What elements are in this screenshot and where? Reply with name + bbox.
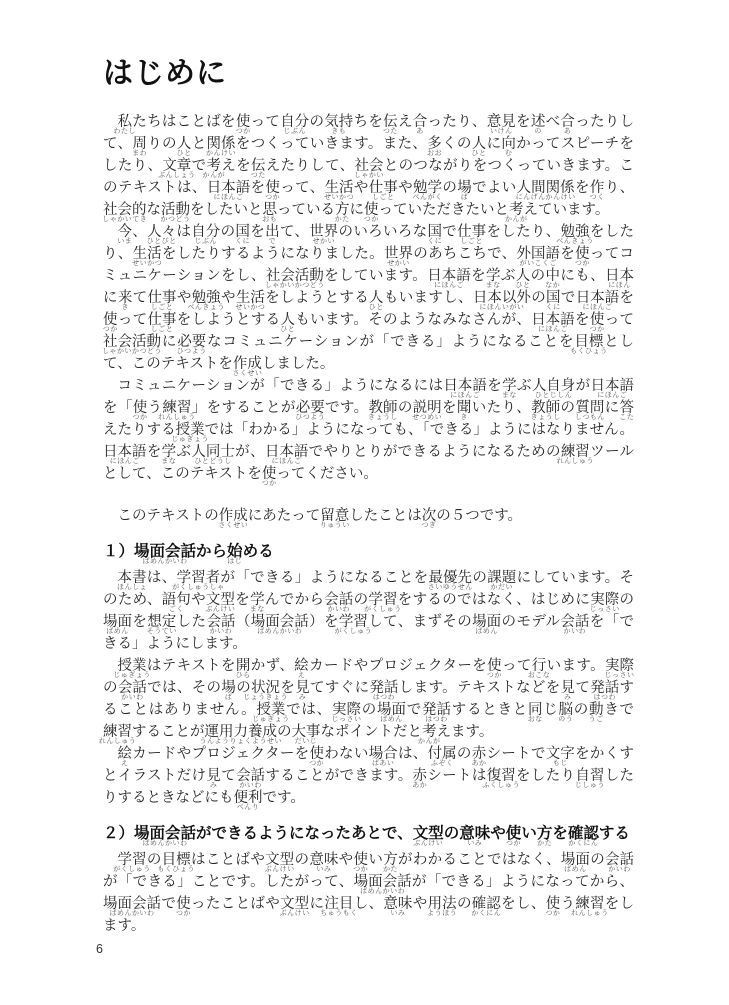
ruby-annotated-text: 発話はつわ (422, 699, 451, 721)
ruby-annotated-text: 見み (295, 677, 310, 699)
ruby-annotated-text: 意味いみ (383, 893, 412, 915)
ruby-annotated-text: 人々ひとびと (147, 221, 176, 243)
ruby-annotated-text: 学まな (502, 375, 517, 397)
ruby-annotated-text: 使つか (133, 397, 148, 419)
ruby-annotated-text: 必要ひつよう (177, 331, 206, 353)
ruby-annotated-text: 大事だいじ (292, 721, 321, 743)
ruby-annotated-text: 必要ひつよう (296, 397, 325, 419)
ruby-annotated-text: 文章ぶんしょう (162, 155, 191, 177)
ruby-annotated-text: 考かんが (509, 199, 524, 221)
ruby-annotated-text: 勉強べんきょう (192, 287, 221, 309)
ruby-annotated-text: 文型ぶんけい (413, 821, 444, 847)
ruby-annotated-text: 聞き (457, 397, 472, 419)
ruby-annotated-text: 場面ばめん (103, 611, 132, 633)
ruby-annotated-text: 日本にほん (605, 265, 634, 287)
ruby-annotated-text: 活動かつどう (161, 199, 190, 221)
ruby-annotated-text: 多おお (427, 133, 442, 155)
ruby-annotated-text: 意見いけん (487, 111, 516, 133)
ruby-annotated-text: 合あ (560, 111, 575, 133)
ruby-annotated-text: 見み (561, 677, 576, 699)
paragraph-lead: このテキストの作成さくせいにあたって留意りゅういしたことは次つぎの５つです。 (103, 505, 634, 527)
ruby-annotated-text: 来き (118, 287, 133, 309)
section-2-heading: ２）場面会話ばめんかいわができるようになったあとで、文型ぶんけいの意味いみや使つ… (103, 821, 634, 847)
ruby-annotated-text: 練習れんしゅう (103, 721, 132, 743)
ruby-annotated-text: 絵え (118, 743, 133, 765)
ruby-annotated-text: 方かた (537, 821, 553, 847)
ruby-annotated-text: 仕事しごと (369, 177, 398, 199)
page-number: 6 (96, 942, 103, 956)
ruby-annotated-text: 使つか (309, 743, 324, 765)
ruby-annotated-text: 方かた (335, 199, 350, 221)
section-1-paragraph-1: 本書ほんしょは、学習者がくしゅうしゃが「できる」ようになることを最優先さいゆうせ… (103, 567, 634, 655)
ruby-annotated-text: 場合ばあい (369, 743, 398, 765)
ruby-annotated-text: 語句ごく (162, 589, 191, 611)
ruby-annotated-text: 注目ちゅうもく (324, 893, 353, 915)
ruby-annotated-text: 世界せかい (384, 243, 413, 265)
ruby-annotated-text: 使つか (487, 655, 502, 677)
ruby-annotated-text: 確認かくにん (472, 893, 501, 915)
paragraph-1: 私わたしたちはことばを使つかって自分じぶんの気持きもちを伝つたえ合あったり、意見… (103, 111, 634, 221)
ruby-annotated-text: 意味いみ (309, 849, 338, 871)
ruby-annotated-text: 会話かいわ (605, 849, 634, 871)
ruby-annotated-text: 仕事しごと (148, 287, 177, 309)
ruby-annotated-text: 場面ばめん (472, 611, 501, 633)
ruby-annotated-text: 留意りゅうい (320, 505, 349, 527)
book-page: はじめに私わたしたちはことばを使つかって自分じぶんの気持きもちを伝つたえ合あった… (0, 0, 729, 1005)
ruby-annotated-text: 人自身ひとじしん (532, 375, 576, 397)
ruby-annotated-text: 人ひと (177, 133, 192, 155)
ruby-annotated-text: 伝つた (251, 155, 266, 177)
ruby-annotated-text: 用法ようほう (428, 893, 457, 915)
ruby-annotated-text: 授業じゅぎょう (256, 699, 285, 721)
ruby-annotated-text: 場ば (221, 677, 236, 699)
ruby-annotated-text: 始はじ (227, 539, 243, 565)
section-1-heading: １）場面会話ばめんかいわから始はじめる (103, 539, 634, 565)
ruby-annotated-text: 使つか (590, 309, 605, 331)
ruby-annotated-text: 絵え (294, 655, 309, 677)
ruby-annotated-text: 自分じぶん (191, 221, 220, 243)
ruby-annotated-text: 文字もじ (546, 743, 575, 765)
ruby-annotated-text: 日本語にほんご (591, 375, 635, 397)
ruby-annotated-text: 自習じしゅう (575, 765, 604, 787)
ruby-annotated-text: 日本語にほんご (427, 265, 471, 287)
ruby-annotated-text: 作つく (590, 177, 605, 199)
ruby-annotated-text: 学習がくしゅう (368, 589, 397, 611)
ruby-annotated-text: 人ひと (516, 265, 531, 287)
ruby-annotated-text: 課題かだい (487, 567, 516, 589)
ruby-annotated-text: 会話かいわ (206, 611, 235, 633)
ruby-annotated-text: 脳のう (559, 699, 574, 721)
document-content: はじめに私わたしたちはことばを使つかって自分じぶんの気持きもちを伝つたえ合あった… (103, 56, 634, 937)
ruby-annotated-text: 実際じっさい (605, 655, 634, 677)
ruby-annotated-text: 会話かいわ (560, 611, 589, 633)
ruby-annotated-text: 仕事しごと (457, 221, 486, 243)
ruby-annotated-text: 授業じゅぎょう (118, 655, 147, 677)
ruby-annotated-text: 文型ぶんけい (206, 589, 235, 611)
ruby-annotated-text: 日本語にほんご (531, 309, 575, 331)
ruby-annotated-text: 赤あか (413, 765, 428, 787)
ruby-annotated-text: 運用力養成うんようりょくようせい (205, 721, 278, 743)
ruby-annotated-text: 社会活動しゃかいかつどう (266, 265, 324, 287)
ruby-annotated-text: 社会しゃかい (354, 155, 383, 177)
ruby-annotated-text: 出で (265, 221, 280, 243)
ruby-annotated-text: 学まな (250, 589, 265, 611)
ruby-annotated-text: 中なか (546, 265, 561, 287)
ruby-annotated-text: 人ひと (472, 133, 487, 155)
ruby-annotated-text: 思おも (263, 199, 278, 221)
ruby-annotated-text: 考かんが (422, 721, 437, 743)
ruby-annotated-text: 学まな (162, 441, 177, 463)
ruby-annotated-text: 場面会話ばめんかいわ (251, 611, 309, 633)
ruby-annotated-text: 場面会話ばめんかいわ (354, 871, 412, 893)
section-1-paragraph-2: 授業じゅぎょうはテキストを開ひらかず、絵えカードやプロジェクターを使つかって行お… (103, 655, 634, 743)
ruby-annotated-text: 目標もくひょう (574, 331, 603, 353)
ruby-annotated-text: 教師きょうし (368, 397, 397, 419)
ruby-annotated-text: 会話かいわ (324, 589, 353, 611)
ruby-annotated-text: 質問しつもん (575, 397, 604, 419)
ruby-annotated-text: 学習がくしゅう (339, 611, 368, 633)
ruby-annotated-text: 勉学べんがく (413, 177, 442, 199)
ruby-annotated-text: 学習がくしゅう (118, 849, 147, 871)
ruby-annotated-text: 使つか (354, 849, 369, 871)
ruby-annotated-text: 勉強べんきょう (561, 221, 590, 243)
ruby-annotated-text: 日本以外にほんいがい (473, 287, 531, 309)
ruby-annotated-text: 発話はつわ (369, 677, 398, 699)
ruby-annotated-text: 使つか (546, 893, 561, 915)
ruby-annotated-text: 会話かいわ (118, 677, 147, 699)
page-title: はじめに (103, 56, 634, 92)
ruby-annotated-text: 国くに (427, 221, 442, 243)
ruby-annotated-text: 社会的しゃかいてき (103, 199, 147, 221)
ruby-annotated-text: 行おこな (532, 655, 547, 677)
ruby-annotated-text: 文型ぶんけい (265, 849, 294, 871)
ruby-annotated-text: 授業じゅぎょう (176, 419, 205, 441)
ruby-annotated-text: 関係かんけい (207, 133, 236, 155)
ruby-annotated-text: 日本語にほんご (207, 177, 251, 199)
ruby-annotated-text: 伝つた (383, 111, 398, 133)
ruby-annotated-text: 場面会話ばめんかいわ (134, 539, 196, 565)
ruby-annotated-text: 方かた (383, 849, 398, 871)
section-2-paragraph-1: 学習がくしゅうの目標もくひょうはことばや文型ぶんけいの意味いみや使つかい方かたが… (103, 849, 634, 937)
ruby-annotated-text: 向む (501, 133, 516, 155)
ruby-annotated-text: 発話はつわ (590, 677, 619, 699)
ruby-annotated-text: 文型ぶんけい (280, 893, 309, 915)
ruby-annotated-text: 私わたし (118, 111, 133, 133)
ruby-annotated-text: 自分じぶん (280, 111, 309, 133)
ruby-annotated-text: 合あ (413, 111, 428, 133)
ruby-annotated-text: 人ひと (369, 287, 384, 309)
ruby-annotated-text: 使つか (265, 177, 280, 199)
ruby-annotated-text: 人ひと (281, 309, 296, 331)
ruby-annotated-text: 人間関係にんげんかんけい (517, 177, 575, 199)
ruby-annotated-text: 仕事しごと (147, 309, 176, 331)
ruby-annotated-text: 教師きょうし (531, 397, 560, 419)
ruby-annotated-text: 開ひら (236, 655, 251, 677)
ruby-annotated-text: 使つか (103, 309, 118, 331)
ruby-annotated-text: 周まわ (132, 133, 147, 155)
paragraph-3: コミュニケーションが「できる」ようになるには日本語にほんごを学まなぶ人自身ひとじ… (103, 375, 634, 485)
ruby-annotated-text: 気持きも (324, 111, 353, 133)
ruby-annotated-text: 生活せいかつ (236, 287, 265, 309)
ruby-annotated-text: 生活せいかつ (325, 177, 354, 199)
ruby-annotated-text: 想定そうてい (147, 611, 176, 633)
ruby-annotated-text: 説明せつめい (413, 397, 442, 419)
ruby-annotated-text: 同おな (528, 699, 543, 721)
ruby-annotated-text: 述の (531, 111, 546, 133)
ruby-annotated-text: 便利べんり (234, 787, 263, 809)
ruby-annotated-text: 日本語にほんご (265, 441, 309, 463)
ruby-annotated-text: 場面ばめん (561, 849, 590, 871)
ruby-annotated-text: 作成さくせい (233, 353, 262, 375)
ruby-annotated-text: 本書ほんしょ (118, 567, 147, 589)
ruby-annotated-text: 使つか (506, 821, 522, 847)
ruby-annotated-text: 実際じっさい (332, 699, 361, 721)
ruby-annotated-text: 人同士ひとどうし (191, 441, 235, 463)
ruby-annotated-text: 答こた (620, 397, 635, 419)
ruby-annotated-text: 日本語にほんご (576, 287, 620, 309)
ruby-annotated-text: 動うご (589, 699, 604, 721)
ruby-annotated-text: 場面ばめん (377, 699, 406, 721)
ruby-annotated-text: 状況じょうきょう (251, 677, 280, 699)
ruby-annotated-text: 目標もくひょう (162, 849, 191, 871)
ruby-annotated-text: 確認かくにん (568, 821, 599, 847)
ruby-annotated-text: 国くに (546, 287, 561, 309)
ruby-annotated-text: 練習れんしゅう (575, 893, 604, 915)
paragraph-2: 今いま、人々ひとびとは自分じぶんの国くにを出でて、世界せかいのいろいろな国くにで… (103, 221, 634, 375)
ruby-annotated-text: 意味いみ (459, 821, 490, 847)
ruby-annotated-text: 使つか (176, 893, 191, 915)
ruby-annotated-text: 学習者がくしゅうしゃ (177, 567, 221, 589)
ruby-annotated-text: 赤あか (472, 743, 487, 765)
ruby-annotated-text: 場面会話ばめんかいわ (103, 893, 161, 915)
ruby-annotated-text: 見み (206, 765, 221, 787)
ruby-annotated-text: 考かんが (206, 155, 221, 177)
ruby-annotated-text: 場面会話ばめんかいわ (134, 821, 196, 847)
ruby-annotated-text: 今いま (118, 221, 133, 243)
ruby-annotated-text: 日本語にほんご (443, 375, 487, 397)
ruby-annotated-text: 世界せかい (309, 221, 338, 243)
ruby-annotated-text: 社会活動しゃかいかつどう (103, 331, 161, 353)
ruby-annotated-text: 使つか (575, 243, 590, 265)
ruby-annotated-text: 生活せいかつ (133, 243, 162, 265)
ruby-annotated-text: 学まな (486, 265, 501, 287)
ruby-annotated-text: 国くに (235, 221, 250, 243)
ruby-annotated-text: 場ば (457, 177, 472, 199)
ruby-annotated-text: 復習ふくしゅう (487, 765, 516, 787)
section-1-paragraph-3: 絵えカードやプロジェクターを使つかわない場合ばあいは、付属ふぞくの赤あかシートで… (103, 743, 634, 809)
ruby-annotated-text: 使つか (236, 111, 251, 133)
ruby-annotated-text: 作成さくせい (219, 505, 248, 527)
ruby-annotated-text: 外国語がいこくご (516, 243, 560, 265)
ruby-annotated-text: 使つか (364, 199, 379, 221)
ruby-annotated-text: 日本語にほんご (103, 441, 147, 463)
ruby-annotated-text: 最優先さいゆうせん (429, 567, 473, 589)
ruby-annotated-text: 練習れんしゅう (561, 441, 590, 463)
ruby-annotated-text: 練習れんしゅう (162, 397, 191, 419)
ruby-annotated-text: 使つか (262, 463, 277, 485)
ruby-annotated-text: 付属ふぞく (428, 743, 457, 765)
ruby-annotated-text: 次つぎ (422, 505, 437, 527)
ruby-annotated-text: 実際じっさい (590, 589, 619, 611)
ruby-annotated-text: 会話かいわ (236, 765, 265, 787)
